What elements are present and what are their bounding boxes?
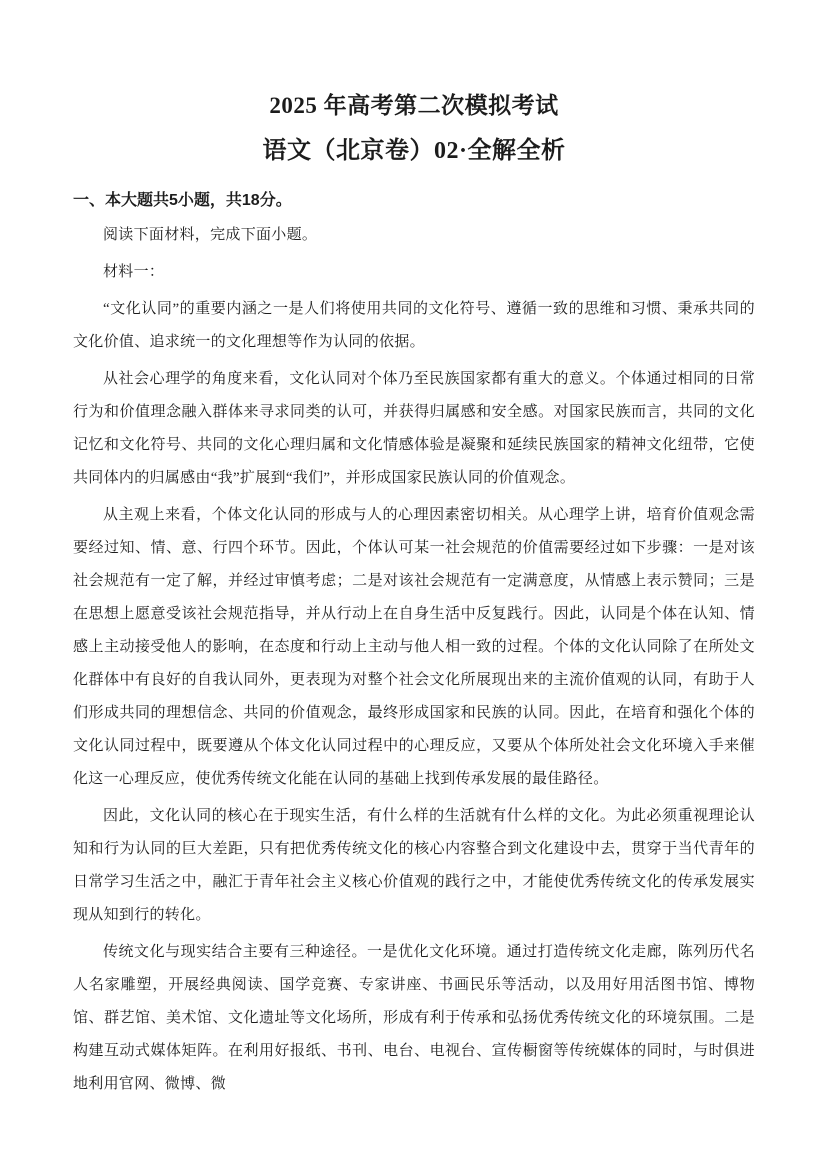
material-one-label: 材料一： (73, 256, 755, 289)
document-body: 一、本大题共5小题，共18分。 阅读下面材料，完成下面小题。 材料一： “文化认… (73, 184, 755, 1101)
material-one-paragraph-4: 因此，文化认同的核心在于现实生活，有什么样的生活就有什么样的文化。为此必须重视理… (73, 800, 755, 932)
material-one-paragraph-2: 从社会心理学的角度来看，文化认同对个体乃至民族国家都有重大的意义。个体通过相同的… (73, 363, 755, 495)
reading-instruction: 阅读下面材料，完成下面小题。 (73, 219, 755, 252)
material-one-paragraph-3: 从主观上来看，个体文化认同的形成与人的心理因素密切相关。从心理学上讲，培育价值观… (73, 499, 755, 796)
material-one-paragraph-1: “文化认同”的重要内涵之一是人们将使用共同的文化符号、遵循一致的思维和习惯、秉承… (73, 293, 755, 359)
document-subtitle: 语文（北京卷）02·全解全析 (73, 134, 755, 168)
document-page: 2025 年高考第二次模拟考试 语文（北京卷）02·全解全析 一、本大题共5小题… (0, 0, 827, 1169)
material-one-paragraph-5: 传统文化与现实结合主要有三种途径。一是优化文化环境。通过打造传统文化走廊，陈列历… (73, 936, 755, 1101)
document-title: 2025 年高考第二次模拟考试 (73, 90, 755, 122)
section-heading: 一、本大题共5小题，共18分。 (73, 184, 755, 217)
